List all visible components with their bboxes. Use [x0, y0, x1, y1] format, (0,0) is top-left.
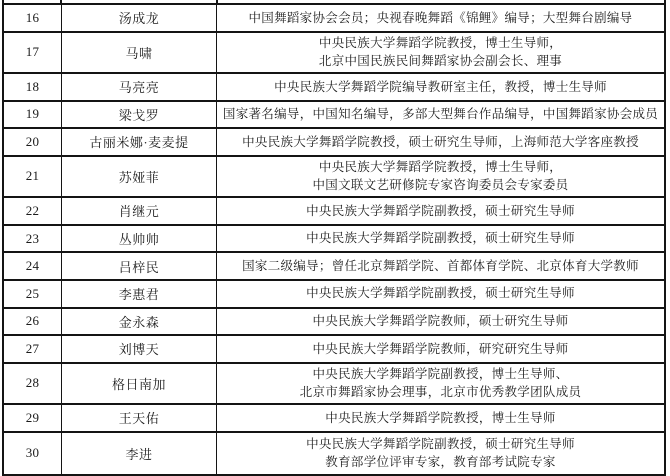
description-line: 中央民族大学舞蹈学院教授，博士生导师，: [319, 158, 562, 177]
description-line: 北京中国民族民间舞蹈家协会副会长、理事: [319, 52, 562, 71]
table-row: 27 刘博天 中央民族大学舞蹈学院教师，研究研究生导师: [4, 336, 664, 364]
row-description: 中央民族大学舞蹈学院教授，博士生导师，中国文联文艺研修院专家咨询委员会专家委员: [217, 157, 664, 196]
row-number: 28: [4, 364, 62, 403]
row-name: 汤成龙: [62, 5, 217, 31]
row-description: 中央民族大学舞蹈学院教师，研究研究生导师: [217, 336, 664, 362]
row-name: 格日南加: [62, 364, 217, 403]
description-line: 中央民族大学舞蹈学院教师，硕士研究生导师: [312, 312, 568, 331]
row-name: 王天佑: [62, 405, 217, 431]
row-description: 中央民族大学舞蹈学院副教授，硕士研究生导师教育部学位评审专家，教育部考试院专家: [217, 433, 664, 474]
description-line: 中央民族大学舞蹈学院教授，硕士研究生导师，上海师范大学客座教授: [242, 133, 639, 152]
description-line: 中央民族大学舞蹈学院副教授，博士生导师、: [312, 365, 568, 384]
table-row: 19 梁戈罗 国家著名编导，中国知名编导，多部大型舞台作品编导，中国舞蹈家协会成…: [4, 102, 664, 130]
row-name: 丛帅帅: [62, 226, 217, 252]
row-name: 古丽米娜·麦麦提: [62, 129, 217, 155]
table-row: 18 马亮亮 中央民族大学舞蹈学院编导教研室主任，教授，博士生导师: [4, 74, 664, 102]
description-line: 中央民族大学舞蹈学院副教授，硕士研究生导师: [306, 229, 575, 248]
table-row: 28 格日南加 中央民族大学舞蹈学院副教授，博士生导师、北京市舞蹈家协会理事，北…: [4, 364, 664, 405]
table-row: 24 吕梓民 国家二级编导；曾任北京舞蹈学院、首都体育学院、北京体育大学教师: [4, 253, 664, 281]
description-line: 中央民族大学舞蹈学院副教授，硕士研究生导师: [306, 284, 575, 303]
table-row: 26 金永森 中央民族大学舞蹈学院教师，硕士研究生导师: [4, 309, 664, 337]
description-line: 中央民族大学舞蹈学院教师，研究研究生导师: [312, 340, 568, 359]
row-name: 李惠君: [62, 281, 217, 307]
row-description: 中央民族大学舞蹈学院副教授，博士生导师、北京市舞蹈家协会理事，北京市优秀教学团队…: [217, 364, 664, 403]
row-name: 马亮亮: [62, 74, 217, 100]
description-line: 中央民族大学舞蹈学院副教授，硕士研究生导师: [306, 202, 575, 221]
row-description: 中央民族大学舞蹈学院教授，博士生导师，北京中国民族民间舞蹈家协会副会长、理事: [217, 33, 664, 72]
description-line: 教育部学位评审专家，教育部考试院专家: [325, 453, 555, 472]
row-description: 中央民族大学舞蹈学院教授，博士生导师: [217, 405, 664, 431]
row-name: 刘博天: [62, 336, 217, 362]
row-number: 27: [4, 336, 62, 362]
document-page: 16 汤成龙 中国舞蹈家协会会员；央视春晚舞蹈《锦鲤》编导；大型舞台剧编导 17…: [0, 0, 670, 476]
row-description: 中国舞蹈家协会会员；央视春晚舞蹈《锦鲤》编导；大型舞台剧编导: [217, 5, 664, 31]
row-name: 梁戈罗: [62, 102, 217, 128]
row-name: 金永森: [62, 309, 217, 335]
row-description: 中央民族大学舞蹈学院教师，硕士研究生导师: [217, 309, 664, 335]
table-row: 21 苏娅菲 中央民族大学舞蹈学院教授，博士生导师，中国文联文艺研修院专家咨询委…: [4, 157, 664, 198]
row-number: 17: [4, 33, 62, 72]
row-number: 30: [4, 433, 62, 474]
row-description: 中央民族大学舞蹈学院副教授，硕士研究生导师: [217, 198, 664, 224]
table-row: 25 李惠君 中央民族大学舞蹈学院副教授，硕士研究生导师: [4, 281, 664, 309]
description-line: 中央民族大学舞蹈学院副教授，硕士研究生导师: [306, 435, 575, 454]
row-number: 24: [4, 253, 62, 279]
row-description: 国家二级编导；曾任北京舞蹈学院、首都体育学院、北京体育大学教师: [217, 253, 664, 279]
row-number: 19: [4, 102, 62, 128]
description-line: 中央民族大学舞蹈学院教授，博士生导师: [325, 409, 555, 428]
row-name: 肖继元: [62, 198, 217, 224]
row-number: 21: [4, 157, 62, 196]
description-line: 中国文联文艺研修院专家咨询委员会专家委员: [312, 176, 568, 195]
row-number: 22: [4, 198, 62, 224]
row-number: 29: [4, 405, 62, 431]
row-number: 18: [4, 74, 62, 100]
description-line: 北京市舞蹈家协会理事，北京市优秀教学团队成员: [300, 383, 582, 402]
row-description: 中央民族大学舞蹈学院教授，硕士研究生导师，上海师范大学客座教授: [217, 129, 664, 155]
description-line: 国家著名编导，中国知名编导，多部大型舞台作品编导，中国舞蹈家协会成员: [223, 105, 658, 124]
description-line: 中国舞蹈家协会会员；央视春晚舞蹈《锦鲤》编导；大型舞台剧编导: [248, 9, 632, 28]
row-number: 20: [4, 129, 62, 155]
table-row: 23 丛帅帅 中央民族大学舞蹈学院副教授，硕士研究生导师: [4, 226, 664, 254]
row-description: 国家著名编导，中国知名编导，多部大型舞台作品编导，中国舞蹈家协会成员: [217, 102, 664, 128]
row-number: 26: [4, 309, 62, 335]
row-description: 中央民族大学舞蹈学院副教授，硕士研究生导师: [217, 281, 664, 307]
row-number: 23: [4, 226, 62, 252]
row-number: 16: [4, 5, 62, 31]
row-number: 25: [4, 281, 62, 307]
row-name: 李进: [62, 433, 217, 474]
table-row: 20 古丽米娜·麦麦提 中央民族大学舞蹈学院教授，硕士研究生导师，上海师范大学客…: [4, 129, 664, 157]
row-description: 中央民族大学舞蹈学院编导教研室主任，教授，博士生导师: [217, 74, 664, 100]
description-line: 中央民族大学舞蹈学院教授，博士生导师，: [319, 34, 562, 53]
description-line: 中央民族大学舞蹈学院编导教研室主任，教授，博士生导师: [274, 78, 607, 97]
row-name: 苏娅菲: [62, 157, 217, 196]
description-line: 国家二级编导；曾任北京舞蹈学院、首都体育学院、北京体育大学教师: [242, 257, 639, 276]
roster-table: 16 汤成龙 中国舞蹈家协会会员；央视春晚舞蹈《锦鲤》编导；大型舞台剧编导 17…: [2, 3, 666, 476]
table-row: 22 肖继元 中央民族大学舞蹈学院副教授，硕士研究生导师: [4, 198, 664, 226]
table-row: 29 王天佑 中央民族大学舞蹈学院教授，博士生导师: [4, 405, 664, 433]
row-name: 马啸: [62, 33, 217, 72]
table-row: 30 李进 中央民族大学舞蹈学院副教授，硕士研究生导师教育部学位评审专家，教育部…: [4, 433, 664, 474]
table-row: 16 汤成龙 中国舞蹈家协会会员；央视春晚舞蹈《锦鲤》编导；大型舞台剧编导: [4, 5, 664, 33]
table-row: 17 马啸 中央民族大学舞蹈学院教授，博士生导师，北京中国民族民间舞蹈家协会副会…: [4, 33, 664, 74]
row-description: 中央民族大学舞蹈学院副教授，硕士研究生导师: [217, 226, 664, 252]
row-name: 吕梓民: [62, 253, 217, 279]
